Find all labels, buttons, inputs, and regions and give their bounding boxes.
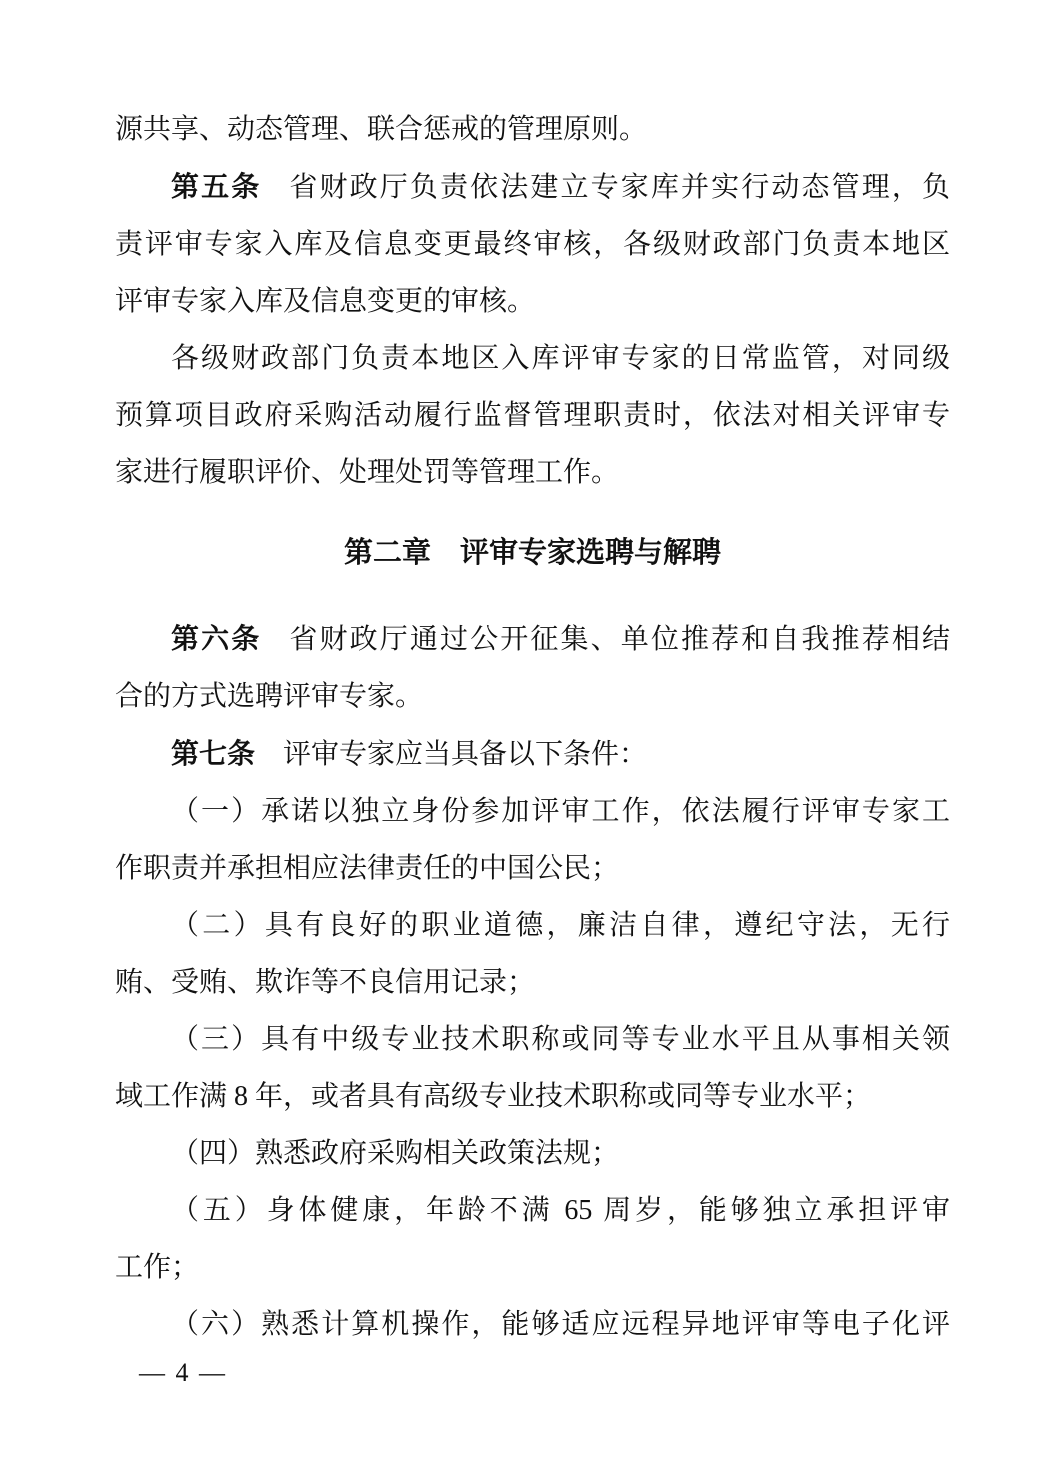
article-number: 第七条 — [171, 738, 255, 769]
line-text: （一）承诺以独立身份参加评审工作，依法履行评审专家工 — [171, 796, 950, 827]
text-line: （三）具有中级专业技术职称或同等专业水平且从事相关领 — [115, 1011, 950, 1068]
text-line: （五）身体健康，年龄不满 65 周岁，能够独立承担评审 — [115, 1182, 950, 1239]
text-line: （四）熟悉政府采购相关政策法规； — [115, 1125, 950, 1182]
text-line: （六）熟悉计算机操作，能够适应远程异地评审等电子化评 — [115, 1296, 950, 1353]
line-text: 省财政厅通过公开征集、单位推荐和自我推荐相结 — [289, 624, 950, 655]
line-text: （四）熟悉政府采购相关政策法规； — [171, 1138, 619, 1169]
text-line: 贿、受贿、欺诈等不良信用记录； — [115, 954, 950, 1011]
document-body: 源共享、动态管理、联合惩戒的管理原则。 第五条省财政厅负责依法建立专家库并实行动… — [115, 101, 950, 1353]
line-text: （三）具有中级专业技术职称或同等专业水平且从事相关领 — [171, 1024, 950, 1055]
line-text: 作职责并承担相应法律责任的中国公民； — [115, 853, 619, 884]
section-before-heading: 源共享、动态管理、联合惩戒的管理原则。 第五条省财政厅负责依法建立专家库并实行动… — [115, 101, 950, 501]
text-line: 合的方式选聘评审专家。 — [115, 668, 950, 725]
chapter-title: 评审专家选聘与解聘 — [460, 537, 721, 569]
text-line: 责评审专家入库及信息变更最终审核，各级财政部门负责本地区 — [115, 216, 950, 273]
line-text: 合的方式选聘评审专家。 — [115, 681, 423, 712]
line-text: 评审专家应当具备以下条件： — [283, 739, 647, 770]
text-line: 作职责并承担相应法律责任的中国公民； — [115, 840, 950, 897]
text-line: （二）具有良好的职业道德，廉洁自律，遵纪守法，无行 — [115, 897, 950, 954]
line-text: 域工作满 8 年，或者具有高级专业技术职称或同等专业水平； — [115, 1081, 871, 1112]
text-line: 第七条评审专家应当具备以下条件： — [115, 725, 950, 783]
line-text: 预算项目政府采购活动履行监督管理职责时，依法对相关评审专 — [115, 400, 950, 431]
line-text: 家进行履职评价、处理处罚等管理工作。 — [115, 457, 619, 488]
text-line: 评审专家入库及信息变更的审核。 — [115, 273, 950, 330]
line-text: 责评审专家入库及信息变更最终审核，各级财政部门负责本地区 — [115, 229, 950, 260]
line-text: 各级财政部门负责本地区入库评审专家的日常监管，对同级 — [171, 343, 950, 374]
line-text: 贿、受贿、欺诈等不良信用记录； — [115, 967, 535, 998]
chapter-heading: 第二章评审专家选聘与解聘 — [115, 525, 950, 582]
chapter-number: 第二章 — [344, 537, 431, 569]
text-line: 家进行履职评价、处理处罚等管理工作。 — [115, 444, 950, 501]
line-text: 省财政厅负责依法建立专家库并实行动态管理，负 — [289, 172, 950, 203]
text-line: 预算项目政府采购活动履行监督管理职责时，依法对相关评审专 — [115, 387, 950, 444]
text-line: 工作； — [115, 1239, 950, 1296]
text-line: （一）承诺以独立身份参加评审工作，依法履行评审专家工 — [115, 783, 950, 840]
section-after-heading: 第六条省财政厅通过公开征集、单位推荐和自我推荐相结 合的方式选聘评审专家。 第七… — [115, 610, 950, 1353]
text-line: 各级财政部门负责本地区入库评审专家的日常监管，对同级 — [115, 330, 950, 387]
text-line: 源共享、动态管理、联合惩戒的管理原则。 — [115, 101, 950, 158]
line-text: 源共享、动态管理、联合惩戒的管理原则。 — [115, 114, 647, 145]
article-number: 第五条 — [171, 171, 261, 202]
line-text: （五）身体健康，年龄不满 65 周岁，能够独立承担评审 — [171, 1195, 950, 1226]
text-line: 第五条省财政厅负责依法建立专家库并实行动态管理，负 — [115, 158, 950, 216]
document-page: { "page": { "background": "#ffffff", "te… — [0, 0, 1063, 1476]
line-text: 工作； — [115, 1252, 199, 1283]
text-line: 域工作满 8 年，或者具有高级专业技术职称或同等专业水平； — [115, 1068, 950, 1125]
page-number: — 4 — — [139, 1358, 227, 1388]
line-text: 评审专家入库及信息变更的审核。 — [115, 286, 535, 317]
line-text: （二）具有良好的职业道德，廉洁自律，遵纪守法，无行 — [171, 910, 950, 941]
article-number: 第六条 — [171, 623, 261, 654]
text-line: 第六条省财政厅通过公开征集、单位推荐和自我推荐相结 — [115, 610, 950, 668]
line-text: （六）熟悉计算机操作，能够适应远程异地评审等电子化评 — [171, 1309, 950, 1340]
